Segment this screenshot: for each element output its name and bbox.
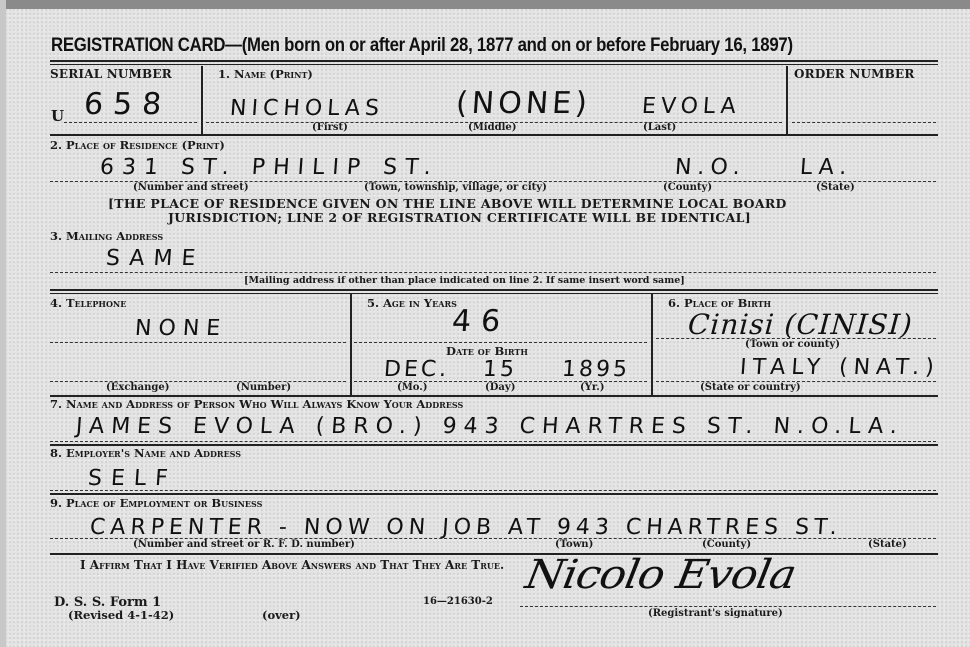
telephone-value: NONE bbox=[134, 316, 228, 341]
telephone-label: 4. Telephone bbox=[50, 296, 126, 310]
signature-line bbox=[520, 606, 936, 607]
telephone-line-2 bbox=[50, 381, 346, 382]
last-caption: (Last) bbox=[643, 122, 676, 133]
affirmation-text: I Affirm That I Have Verified Above Answ… bbox=[80, 558, 504, 572]
employer-value: SELF bbox=[87, 466, 178, 491]
employment-town-caption: (Town) bbox=[555, 539, 593, 550]
over-note: (over) bbox=[262, 608, 301, 622]
serial-number-label: SERIAL NUMBER bbox=[50, 67, 172, 81]
residence-notice-line2: JURISDICTION; LINE 2 OF REGISTRATION CER… bbox=[168, 210, 751, 225]
employment-value: CARPENTER - NOW ON JOB AT 943 CHARTRES S… bbox=[89, 515, 843, 540]
divider bbox=[350, 294, 352, 396]
form-revision: (Revised 4-1-42) bbox=[68, 608, 174, 622]
age-line bbox=[354, 342, 647, 343]
divider bbox=[50, 553, 938, 555]
order-number-label: ORDER NUMBER bbox=[794, 67, 915, 81]
county-caption: (County) bbox=[663, 182, 712, 193]
divider bbox=[50, 289, 938, 291]
residence-label: 2. Place of Residence (Print) bbox=[50, 138, 225, 152]
divider bbox=[50, 134, 938, 136]
mailing-address-line bbox=[50, 272, 936, 273]
street-caption: (Number and street) bbox=[133, 182, 249, 193]
exchange-caption: (Exchange) bbox=[106, 382, 170, 393]
employment-state-caption: (State) bbox=[868, 539, 907, 550]
state-or-country-caption: (State or country) bbox=[700, 382, 801, 393]
divider bbox=[786, 66, 788, 134]
signature-caption: (Registrant's signature) bbox=[648, 608, 783, 619]
mailing-address-label: 3. Mailing Address bbox=[50, 229, 163, 243]
divider bbox=[201, 66, 203, 134]
date-of-birth-label: Date of Birth bbox=[446, 344, 528, 358]
card-top-edge bbox=[0, 0, 970, 9]
name-label: 1. Name (Print) bbox=[218, 67, 313, 81]
divider bbox=[651, 294, 653, 396]
mailing-address-caption: [Mailing address if other than place ind… bbox=[244, 275, 685, 286]
contact-person-label: 7. Name and Address of Person Who Will A… bbox=[50, 397, 463, 411]
employer-line bbox=[50, 490, 936, 491]
serial-number-value: 658 bbox=[83, 87, 173, 122]
day-caption: (Day) bbox=[485, 382, 515, 393]
registration-card: REGISTRATION CARD—(Men born on or after … bbox=[0, 0, 970, 647]
age-label: 5. Age in Years bbox=[367, 296, 457, 310]
telephone-line-1 bbox=[50, 342, 346, 343]
birthplace-country-value: ITALY (NAT.) bbox=[739, 355, 941, 380]
serial-prefix: U bbox=[51, 107, 64, 125]
residence-street-value: 631 ST. PHILIP ST. bbox=[99, 155, 440, 180]
registrant-signature: Nicolo Evola bbox=[522, 552, 799, 598]
divider bbox=[50, 64, 938, 65]
dob-day-value: 15 bbox=[482, 357, 518, 382]
employer-label: 8. Employer's Name and Address bbox=[50, 446, 241, 460]
middle-name-value: (NONE) bbox=[455, 86, 592, 121]
town-or-county-caption: (Town or county) bbox=[745, 339, 840, 350]
divider bbox=[50, 493, 938, 495]
print-code: 16—21630-2 bbox=[423, 596, 493, 607]
order-number-line bbox=[792, 122, 936, 123]
dob-year-value: 1895 bbox=[561, 357, 631, 382]
employment-county-caption: (County) bbox=[702, 539, 751, 550]
first-name-value: NICHOLAS bbox=[229, 96, 385, 121]
state-caption: (State) bbox=[816, 182, 855, 193]
residence-county-value: N.O. bbox=[674, 155, 747, 180]
residence-notice-line1: [THE PLACE OF RESIDENCE GIVEN ON THE LIN… bbox=[108, 196, 787, 211]
middle-caption: (Middle) bbox=[468, 122, 516, 133]
number-caption: (Number) bbox=[236, 382, 291, 393]
age-value: 46 bbox=[451, 304, 512, 339]
year-caption: (Yr.) bbox=[580, 382, 604, 393]
birthplace-town-value: Cinisi (CINISI) bbox=[687, 308, 914, 341]
last-name-value: EVOLA bbox=[641, 94, 741, 119]
town-caption: (Town, township, village, or city) bbox=[364, 182, 547, 193]
employment-label: 9. Place of Employment or Business bbox=[50, 496, 262, 510]
dob-month-value: DEC. bbox=[383, 357, 450, 382]
divider bbox=[50, 293, 938, 294]
contact-person-line bbox=[50, 441, 936, 442]
contact-person-value: JAMES EVOLA (BRO.) 943 CHARTRES ST. N.O.… bbox=[75, 414, 905, 439]
card-title: REGISTRATION CARD—(Men born on or after … bbox=[51, 34, 793, 57]
month-caption: (Mo.) bbox=[397, 382, 428, 393]
mailing-address-value: SAME bbox=[105, 246, 205, 271]
residence-state-value: LA. bbox=[799, 155, 853, 180]
divider bbox=[50, 60, 938, 62]
card-left-edge bbox=[0, 0, 6, 647]
serial-line bbox=[64, 122, 197, 123]
employment-street-caption: (Number and street or R. F. D. number) bbox=[133, 539, 355, 550]
first-caption: (First) bbox=[312, 122, 348, 133]
